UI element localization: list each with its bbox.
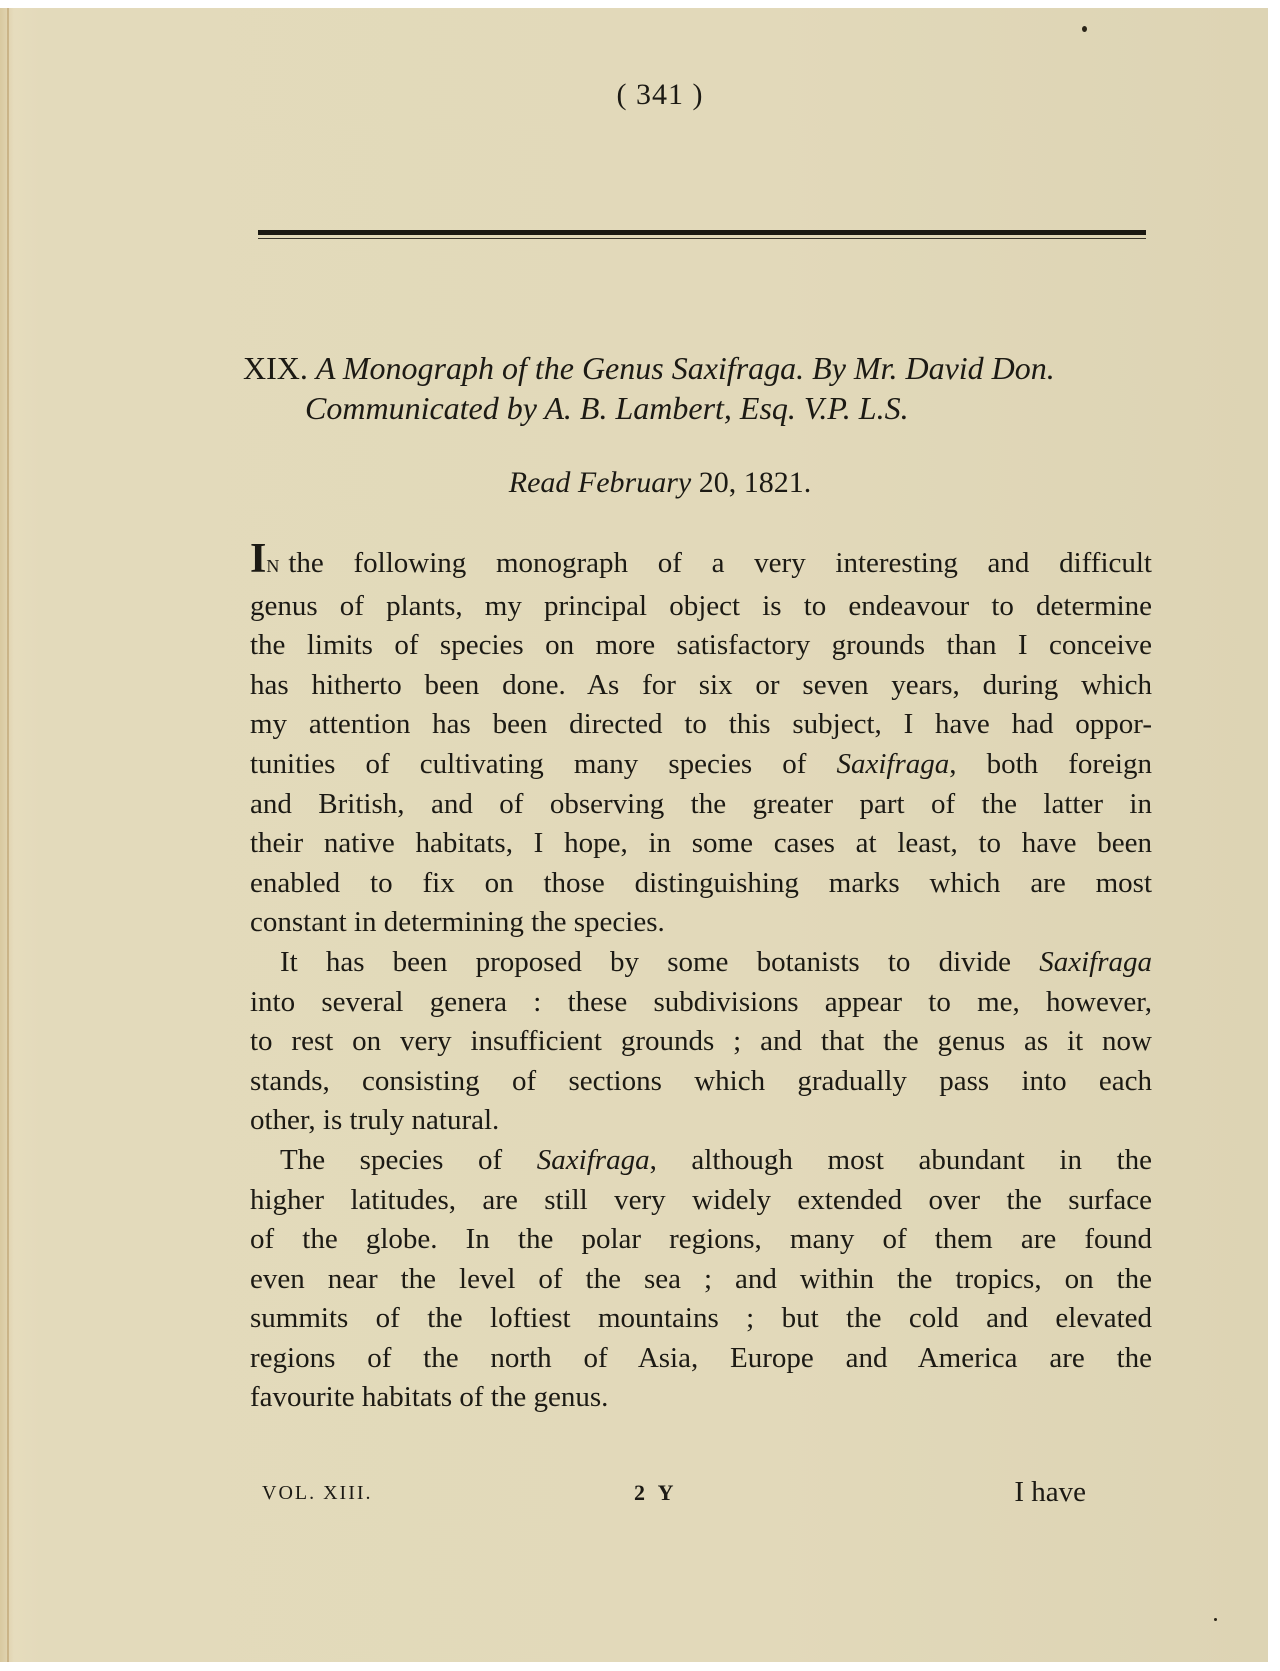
text-segment: , although most abundant in the [650,1144,1152,1176]
text-segment: my attention has been directed to this s… [250,708,1152,740]
title-line-2-communicated-by: Communicated by A. B. Lambert, Esq. V.P.… [243,388,1163,428]
title-line-1: XIX. A Monograph of the Genus Saxifraga.… [243,348,1163,388]
article-title-text: A Monograph of the Genus Saxifraga. By M… [316,350,1055,386]
text-line: genus of plants, my principal object is … [250,587,1152,627]
text-line: INthe following monograph of a very inte… [250,538,1152,587]
text-line: into several genera : these subdivisions… [250,983,1152,1023]
page-footer: VOL. XIII. 2 Y I have [262,1476,1082,1516]
text-line: favourite habitats of the genus. [250,1378,1152,1418]
signature-mark: 2 Y [634,1480,678,1506]
text-segment: constant in determining the species. [250,906,665,938]
text-segment: the limits of species on more satisfacto… [250,629,1152,661]
text-line: enabled to fix on those distinguishing m… [250,864,1152,904]
page-number: ( 341 ) [0,78,1280,112]
text-line: has hitherto been done. As for six or se… [250,666,1152,706]
text-segment: their native habitats, I hope, in some c… [250,827,1152,859]
text-segment: tunities of cultivating many species of [250,748,836,780]
read-date-prefix: Read February [509,466,691,499]
rule-thick-line [258,230,1146,235]
text-segment: The species of [280,1144,537,1176]
read-date: Read February 20, 1821. [0,466,1280,500]
text-line: The species of Saxifraga, although most … [250,1141,1152,1181]
paragraph-3: The species of Saxifraga, although most … [250,1141,1152,1418]
ink-speck [1082,26,1087,32]
text-segment: higher latitudes, are still very widely … [250,1184,1152,1216]
article-title: XIX. A Monograph of the Genus Saxifraga.… [243,348,1163,428]
text-segment: enabled to fix on those distinguishing m… [250,867,1152,899]
text-segment: , both foreign [949,748,1152,780]
text-line: tunities of cultivating many species of … [250,745,1152,785]
text-line: and British, and of observing the greate… [250,785,1152,825]
text-segment: and British, and of observing the greate… [250,788,1152,820]
text-segment: favourite habitats of the genus. [250,1381,608,1413]
text-line: constant in determining the species. [250,903,1152,943]
text-line: their native habitats, I hope, in some c… [250,824,1152,864]
text-segment: stands, consisting of sections which gra… [250,1065,1152,1097]
text-segment: other, is truly natural. [250,1104,499,1136]
rule-thin-line [258,238,1146,239]
drop-cap: I [250,536,266,582]
text-segment: to rest on very insufficient grounds ; a… [250,1025,1152,1057]
scanned-page: ( 341 ) XIX. A Monograph of the Genus Sa… [0,8,1268,1662]
text-line: higher latitudes, are still very widely … [250,1181,1152,1221]
text-line: regions of the north of Asia, Europe and… [250,1339,1152,1379]
text-segment: into several genera : these subdivisions… [250,986,1152,1018]
text-line: even near the level of the sea ; and wit… [250,1260,1152,1300]
paragraph-1: INthe following monograph of a very inte… [250,538,1152,943]
text-line: of the globe. In the polar regions, many… [250,1220,1152,1260]
italic-genus-name: Saxifraga [1039,946,1152,978]
catchword: I have [1014,1476,1086,1509]
text-line: other, is truly natural. [250,1101,1152,1141]
ink-speck [1214,1618,1217,1621]
read-date-value: 20, 1821. [699,466,812,499]
text-segment: summits of the loftiest mountains ; but … [250,1302,1152,1334]
text-line: summits of the loftiest mountains ; but … [250,1299,1152,1339]
italic-genus-name: Saxifraga [537,1144,650,1176]
text-line: my attention has been directed to this s… [250,705,1152,745]
text-line: stands, consisting of sections which gra… [250,1062,1152,1102]
volume-label: VOL. XIII. [262,1482,373,1505]
article-numeral: XIX. [243,350,308,386]
paragraph-2: It has been proposed by some botanists t… [250,943,1152,1141]
text-line: the limits of species on more satisfacto… [250,626,1152,666]
double-rule-divider [258,230,1146,239]
text-segment: regions of the north of Asia, Europe and… [250,1342,1152,1374]
text-line: to rest on very insufficient grounds ; a… [250,1022,1152,1062]
text-segment: genus of plants, my principal object is … [250,590,1152,622]
text-segment: even near the level of the sea ; and wit… [250,1263,1152,1295]
text-segment: the following monograph of a very intere… [288,547,1152,579]
text-line: It has been proposed by some botanists t… [250,943,1152,983]
text-segment: has hitherto been done. As for six or se… [250,669,1152,701]
body-text: INthe following monograph of a very inte… [250,538,1152,1418]
text-segment: of the globe. In the polar regions, many… [250,1223,1152,1255]
small-cap: N [266,556,280,576]
italic-genus-name: Saxifraga [836,748,949,780]
text-segment: It has been proposed by some botanists t… [280,946,1039,978]
